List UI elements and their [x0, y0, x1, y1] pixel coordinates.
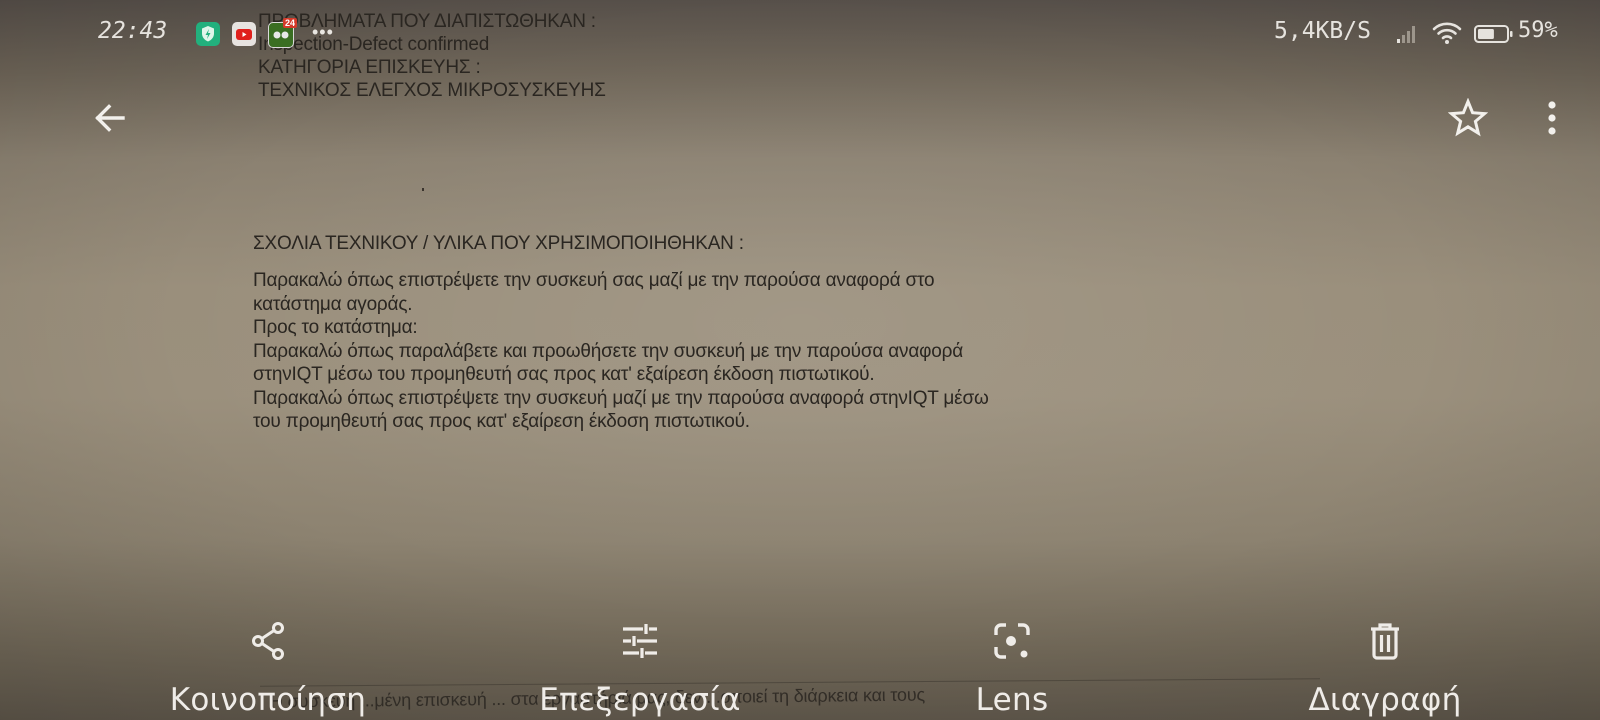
favorite-button[interactable] [1446, 96, 1490, 140]
more-vertical-icon [1546, 100, 1558, 136]
trash-icon [1364, 620, 1406, 662]
shield-app-icon [196, 22, 220, 46]
score-app-icon: 24 [268, 22, 294, 48]
network-speed: 5,4KB/S [1274, 18, 1371, 44]
status-bar: 22:43 24 ••• 5,4KB/S 59% [0, 0, 1600, 70]
share-icon [247, 620, 289, 662]
doc-line: Παρακαλώ όπως επιστρέψετε την συσκευή σα… [253, 269, 989, 293]
edit-label: Επεξεργασία [539, 682, 740, 718]
doc-line: στηνIQT μέσω του προμηθευτή σας προς κατ… [253, 363, 989, 387]
notification-badge: 24 [283, 18, 297, 28]
document-comments-block: ΣΧΟΛΙΑ ΤΕΧΝΙΚΟΥ / ΥΛΙΚΑ ΠΟΥ ΧΡΗΣΙΜΟΠΟΙΗΘ… [253, 233, 989, 434]
paper-speck [422, 188, 424, 191]
battery-percent: 59% [1518, 18, 1558, 43]
doc-line: Παρακαλώ όπως επιστρέψετε την συσκευή μα… [253, 387, 989, 411]
delete-button[interactable]: Διαγραφή [1275, 620, 1495, 720]
delete-label: Διαγραφή [1308, 682, 1461, 718]
edit-button[interactable]: Επεξεργασία [530, 620, 750, 720]
wifi-icon [1432, 20, 1462, 46]
star-outline-icon [1448, 98, 1488, 138]
sliders-icon [619, 620, 661, 662]
clock: 22:43 [98, 18, 167, 44]
back-button[interactable] [88, 96, 132, 140]
share-button[interactable]: Κοινοποίηση [158, 620, 378, 720]
more-notifications-icon: ••• [312, 22, 334, 43]
arrow-left-icon [92, 100, 128, 136]
doc-paragraph: Παρακαλώ όπως επιστρέψετε την συσκευή σα… [253, 269, 989, 434]
more-options-button[interactable] [1530, 96, 1574, 140]
doc-line: του προμηθευτή σας προς κατ' εξαίρεση έκ… [253, 410, 989, 434]
share-label: Κοινοποίηση [170, 682, 366, 718]
battery-icon [1474, 24, 1514, 44]
lens-button[interactable]: Lens [902, 620, 1122, 720]
cell-signal-icon [1396, 22, 1418, 44]
doc-line: Προς το κατάστημα: [253, 316, 989, 340]
doc-line: Παρακαλώ όπως παραλάβετε και προωθήσετε … [253, 340, 989, 364]
lens-label: Lens [976, 682, 1049, 718]
doc-line: ΤΕΧΝΙΚΟΣ ΕΛΕΓΧΟΣ ΜΙΚΡΟΣΥΣΚΕΥΗΣ [258, 79, 606, 102]
doc-line: κατάστημα αγοράς. [253, 293, 989, 317]
youtube-icon [232, 22, 256, 46]
doc-section-heading: ΣΧΟΛΙΑ ΤΕΧΝΙΚΟΥ / ΥΛΙΚΑ ΠΟΥ ΧΡΗΣΙΜΟΠΟΙΗΘ… [253, 233, 989, 255]
lens-icon [991, 620, 1033, 662]
